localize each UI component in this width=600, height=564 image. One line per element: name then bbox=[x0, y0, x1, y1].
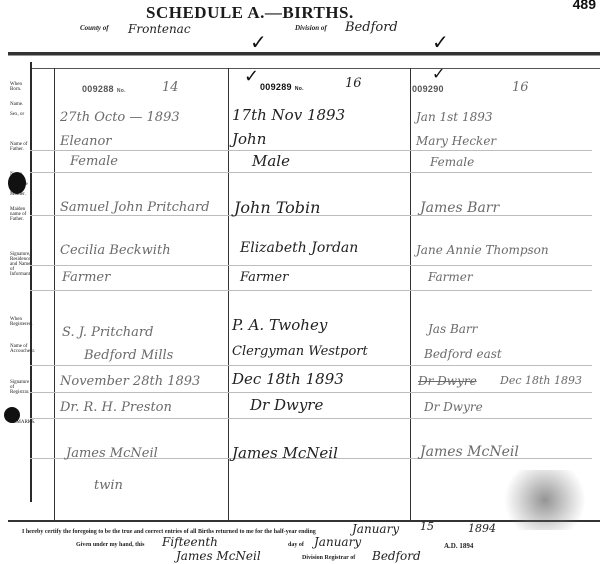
row-divider bbox=[30, 150, 592, 151]
county-label: County of bbox=[80, 24, 109, 32]
registrar-signature: James McNeil bbox=[66, 446, 158, 461]
birth-date: 27th Octo — 1893 bbox=[60, 110, 180, 125]
registrar-signature: James McNeil bbox=[176, 549, 261, 563]
margin-label: Name of Father. bbox=[10, 142, 30, 152]
informant-name: Jas Barr bbox=[428, 322, 477, 336]
row-divider bbox=[30, 392, 592, 393]
row-divider bbox=[30, 265, 592, 266]
ink-blot bbox=[8, 172, 26, 194]
page-number: 489 bbox=[573, 0, 596, 12]
father-name: Samuel John Pritchard bbox=[60, 200, 210, 215]
margin-label: When Born. bbox=[10, 82, 30, 92]
entry-number: 16 bbox=[512, 80, 529, 95]
ink-blot bbox=[4, 407, 20, 423]
mother-name: Jane Annie Thompson bbox=[416, 243, 549, 257]
registration-number: 009289No. bbox=[260, 82, 304, 92]
margin-label: When Registered. bbox=[10, 317, 33, 327]
half-year-year: 1894 bbox=[468, 522, 496, 535]
child-name: Eleanor bbox=[60, 134, 112, 149]
half-year-month: January bbox=[352, 522, 399, 536]
informant-residence: Clergyman Westport bbox=[232, 344, 368, 359]
given-month: January bbox=[314, 535, 361, 549]
registration-date: Dec 18th 1893 bbox=[232, 370, 344, 388]
division-value: Bedford bbox=[345, 20, 398, 35]
child-sex: Male bbox=[252, 152, 290, 170]
row-divider bbox=[30, 290, 592, 291]
father-rank: Farmer bbox=[62, 270, 110, 285]
margin-label: Maiden name of Father. bbox=[10, 207, 30, 222]
informant-name: S. J. Pritchard bbox=[62, 325, 153, 340]
row-divider bbox=[30, 172, 592, 173]
registration-number: 009288No. bbox=[82, 84, 126, 94]
child-name: Mary Hecker bbox=[416, 134, 496, 148]
informant-name: P. A. Twohey bbox=[232, 316, 327, 334]
row-divider bbox=[30, 365, 592, 366]
ink-smudge bbox=[500, 470, 590, 530]
registration-date: Dec 18th 1893 bbox=[500, 374, 582, 387]
header-rule bbox=[30, 68, 600, 69]
column-divider bbox=[228, 68, 229, 520]
half-year-day: 15 bbox=[420, 520, 434, 533]
header-rule bbox=[8, 52, 600, 56]
county-value: Frontenac bbox=[128, 22, 191, 36]
margin-label: Name of Accoucheur. bbox=[10, 344, 35, 354]
informant-residence: Bedford east bbox=[424, 347, 502, 361]
father-name: John Tobin bbox=[234, 198, 320, 217]
father-rank: Farmer bbox=[428, 270, 473, 284]
margin-label: Name. bbox=[10, 102, 23, 107]
informant-residence: Bedford Mills bbox=[84, 348, 173, 363]
page-title: SCHEDULE A.—BIRTHS. bbox=[146, 3, 354, 23]
check-mark-icon: ✓ bbox=[432, 64, 445, 83]
accoucheur: Dr Dwyre bbox=[250, 396, 323, 414]
registration-date-struck: Dr Dwyre bbox=[418, 374, 477, 388]
child-sex: Female bbox=[70, 154, 118, 169]
check-mark-icon: ✓ bbox=[432, 30, 449, 54]
birth-date: Jan 1st 1893 bbox=[416, 110, 492, 124]
column-divider bbox=[410, 68, 411, 520]
entry-number: 16 bbox=[345, 76, 362, 91]
child-name: John bbox=[232, 130, 266, 148]
division-label: Division of bbox=[295, 24, 327, 32]
registrar-signature: James McNeil bbox=[420, 444, 519, 460]
given-under-hand-label: Given under my hand, this bbox=[76, 542, 144, 548]
registrar-signature: James McNeil bbox=[232, 444, 338, 462]
division-registrar-label: Division Registrar of bbox=[302, 555, 355, 561]
ad-year: A.D. 1894 bbox=[444, 542, 473, 550]
father-name: James Barr bbox=[420, 200, 499, 216]
remarks: twin bbox=[94, 478, 123, 493]
day-of-label: day of bbox=[288, 542, 304, 548]
father-rank: Farmer bbox=[240, 270, 288, 285]
check-mark-icon: ✓ bbox=[250, 30, 267, 54]
mother-name: Elizabeth Jordan bbox=[240, 240, 358, 256]
torn-margin: When Born. Name. Sex, or Name of Father.… bbox=[0, 62, 32, 502]
given-day: Fifteenth bbox=[162, 535, 218, 549]
margin-label: Sex, or bbox=[10, 112, 24, 117]
registration-number: 009290 bbox=[412, 84, 444, 94]
registration-date: November 28th 1893 bbox=[60, 374, 200, 389]
row-divider bbox=[30, 418, 592, 419]
entry-number: 14 bbox=[162, 80, 179, 95]
mother-name: Cecilia Beckwith bbox=[60, 243, 171, 258]
accoucheur: Dr Dwyre bbox=[424, 400, 483, 414]
birth-date: 17th Nov 1893 bbox=[232, 106, 345, 124]
registrar-division: Bedford bbox=[372, 549, 421, 563]
column-divider bbox=[54, 68, 55, 520]
margin-label: Signature, Residence and Name of Informa… bbox=[10, 252, 31, 277]
margin-label: Signature of Registrar. bbox=[10, 380, 30, 395]
child-sex: Female bbox=[430, 155, 474, 169]
accoucheur: Dr. R. H. Preston bbox=[60, 400, 172, 415]
check-mark-icon: ✓ bbox=[244, 66, 259, 87]
